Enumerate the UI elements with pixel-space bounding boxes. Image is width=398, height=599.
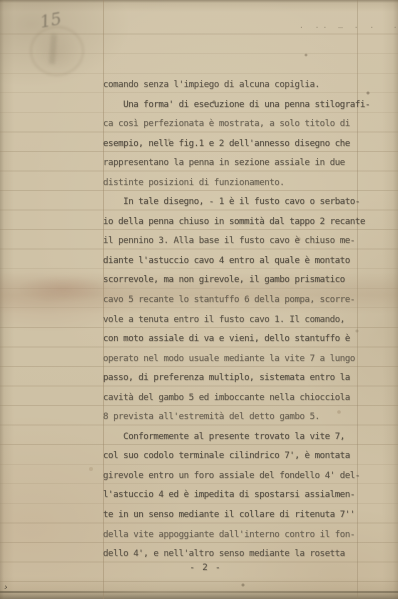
typed-line: Una forma' di esecuzione di una penna st… (103, 96, 371, 116)
typed-line: distinte posizioni di funzionamento. (103, 174, 371, 194)
typed-line: te in un senso mediante il collare di ri… (103, 506, 371, 526)
typed-line: scorrevole, ma non girevole, il gambo pr… (103, 271, 371, 291)
typed-line: il pennino 3. Alla base il fusto cavo è … (103, 232, 371, 252)
typed-line: rappresentano la penna in sezione assial… (103, 154, 371, 174)
page-number: - 2 - (103, 563, 308, 573)
typed-line: diante l'astuccio cavo 4 entro al quale … (103, 252, 371, 272)
foxing-specks (0, 0, 2, 2)
typed-line: dello 4', e nell'altro senso mediante la… (103, 545, 371, 565)
typed-line: comando senza l'impiego di alcuna copigl… (103, 76, 371, 96)
scanned-document-page: 15 · ·· – · · · comando senza l'impiego … (0, 0, 398, 599)
bottom-edge-crease (0, 591, 398, 593)
corner-tick-mark: › (2, 583, 9, 594)
typed-text-block: comando senza l'impiego di alcuna copigl… (103, 76, 371, 565)
typed-line: girevole entro un foro assiale del fonde… (103, 467, 371, 487)
typed-line: col suo codolo terminale cilindrico 7', … (103, 447, 371, 467)
typed-line: io della penna chiuso in sommità dal tap… (103, 213, 371, 233)
typed-line: con moto assiale di va e vieni, dello st… (103, 330, 371, 350)
crease-smudge (18, 276, 108, 302)
typed-line: 8 prevista all'estremità del detto gambo… (103, 408, 371, 428)
typed-line: In tale disegno, - 1 è il fusto cavo o s… (103, 193, 371, 213)
typed-line: cavo 5 recante lo stantuffo 6 della pomp… (103, 291, 371, 311)
typed-line: Conformemente al presente trovato la vit… (103, 428, 371, 448)
pencil-annotation: 15 (38, 9, 63, 32)
typed-line: ca così perfezionata è mostrata, a solo … (103, 115, 371, 135)
bleedthrough-dots: · ·· – · · · (299, 23, 398, 32)
typed-line: esempio, nelle fig.1 e 2 dell'annesso di… (103, 135, 371, 155)
typed-line: passo, di preferenza multiplo, sistemata… (103, 369, 371, 389)
typed-line: vole a tenuta entro il fusto cavo 1. Il … (103, 311, 371, 331)
typed-line: della vite appoggiante dall'interno cont… (103, 526, 371, 546)
typed-line: cavità del gambo 5 ed imboccante nella c… (103, 389, 371, 409)
typed-line: operato nel modo usuale mediante la vite… (103, 350, 371, 370)
typed-line: l'astuccio 4 ed è impedita di spostarsi … (103, 486, 371, 506)
